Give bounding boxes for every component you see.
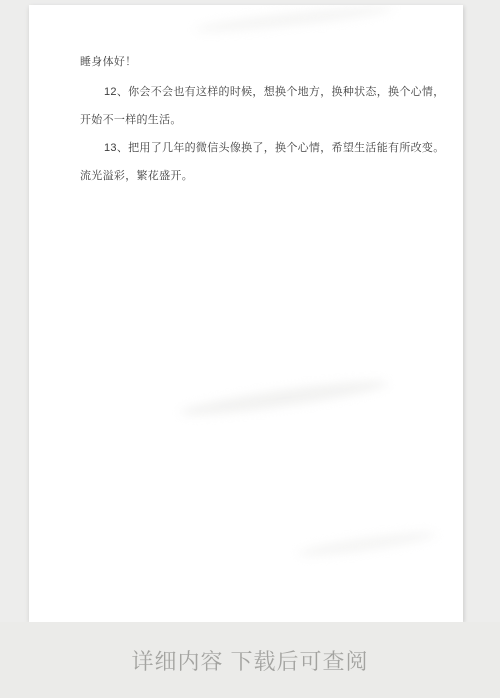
watermark-smudge [179, 375, 389, 420]
document-text: 睡身体好！ 12、你会不会也有这样的时候，想换个地方，换种状态，换个心情， 开始… [80, 48, 429, 190]
document-line: 12、你会不会也有这样的时候，想换个地方，换种状态，换个心情， [80, 78, 429, 106]
watermark-smudge [297, 528, 437, 559]
document-line: 13、把用了几年的微信头像换了，换个心情，希望生活能有所改变。 [80, 134, 429, 162]
document-preview-screen: 睡身体好！ 12、你会不会也有这样的时候，想换个地方，换种状态，换个心情， 开始… [0, 0, 500, 698]
document-line: 睡身体好！ [80, 48, 429, 76]
document-preview-page: 睡身体好！ 12、你会不会也有这样的时候，想换个地方，换种状态，换个心情， 开始… [29, 5, 463, 622]
document-line: 流光溢彩，繁花盛开。 [80, 162, 429, 190]
preview-footer: 详细内容 下载后可查阅 [0, 622, 500, 698]
footer-hint-text: 详细内容 下载后可查阅 [131, 645, 368, 676]
watermark-smudge [194, 5, 394, 35]
document-line: 开始不一样的生活。 [80, 106, 429, 134]
